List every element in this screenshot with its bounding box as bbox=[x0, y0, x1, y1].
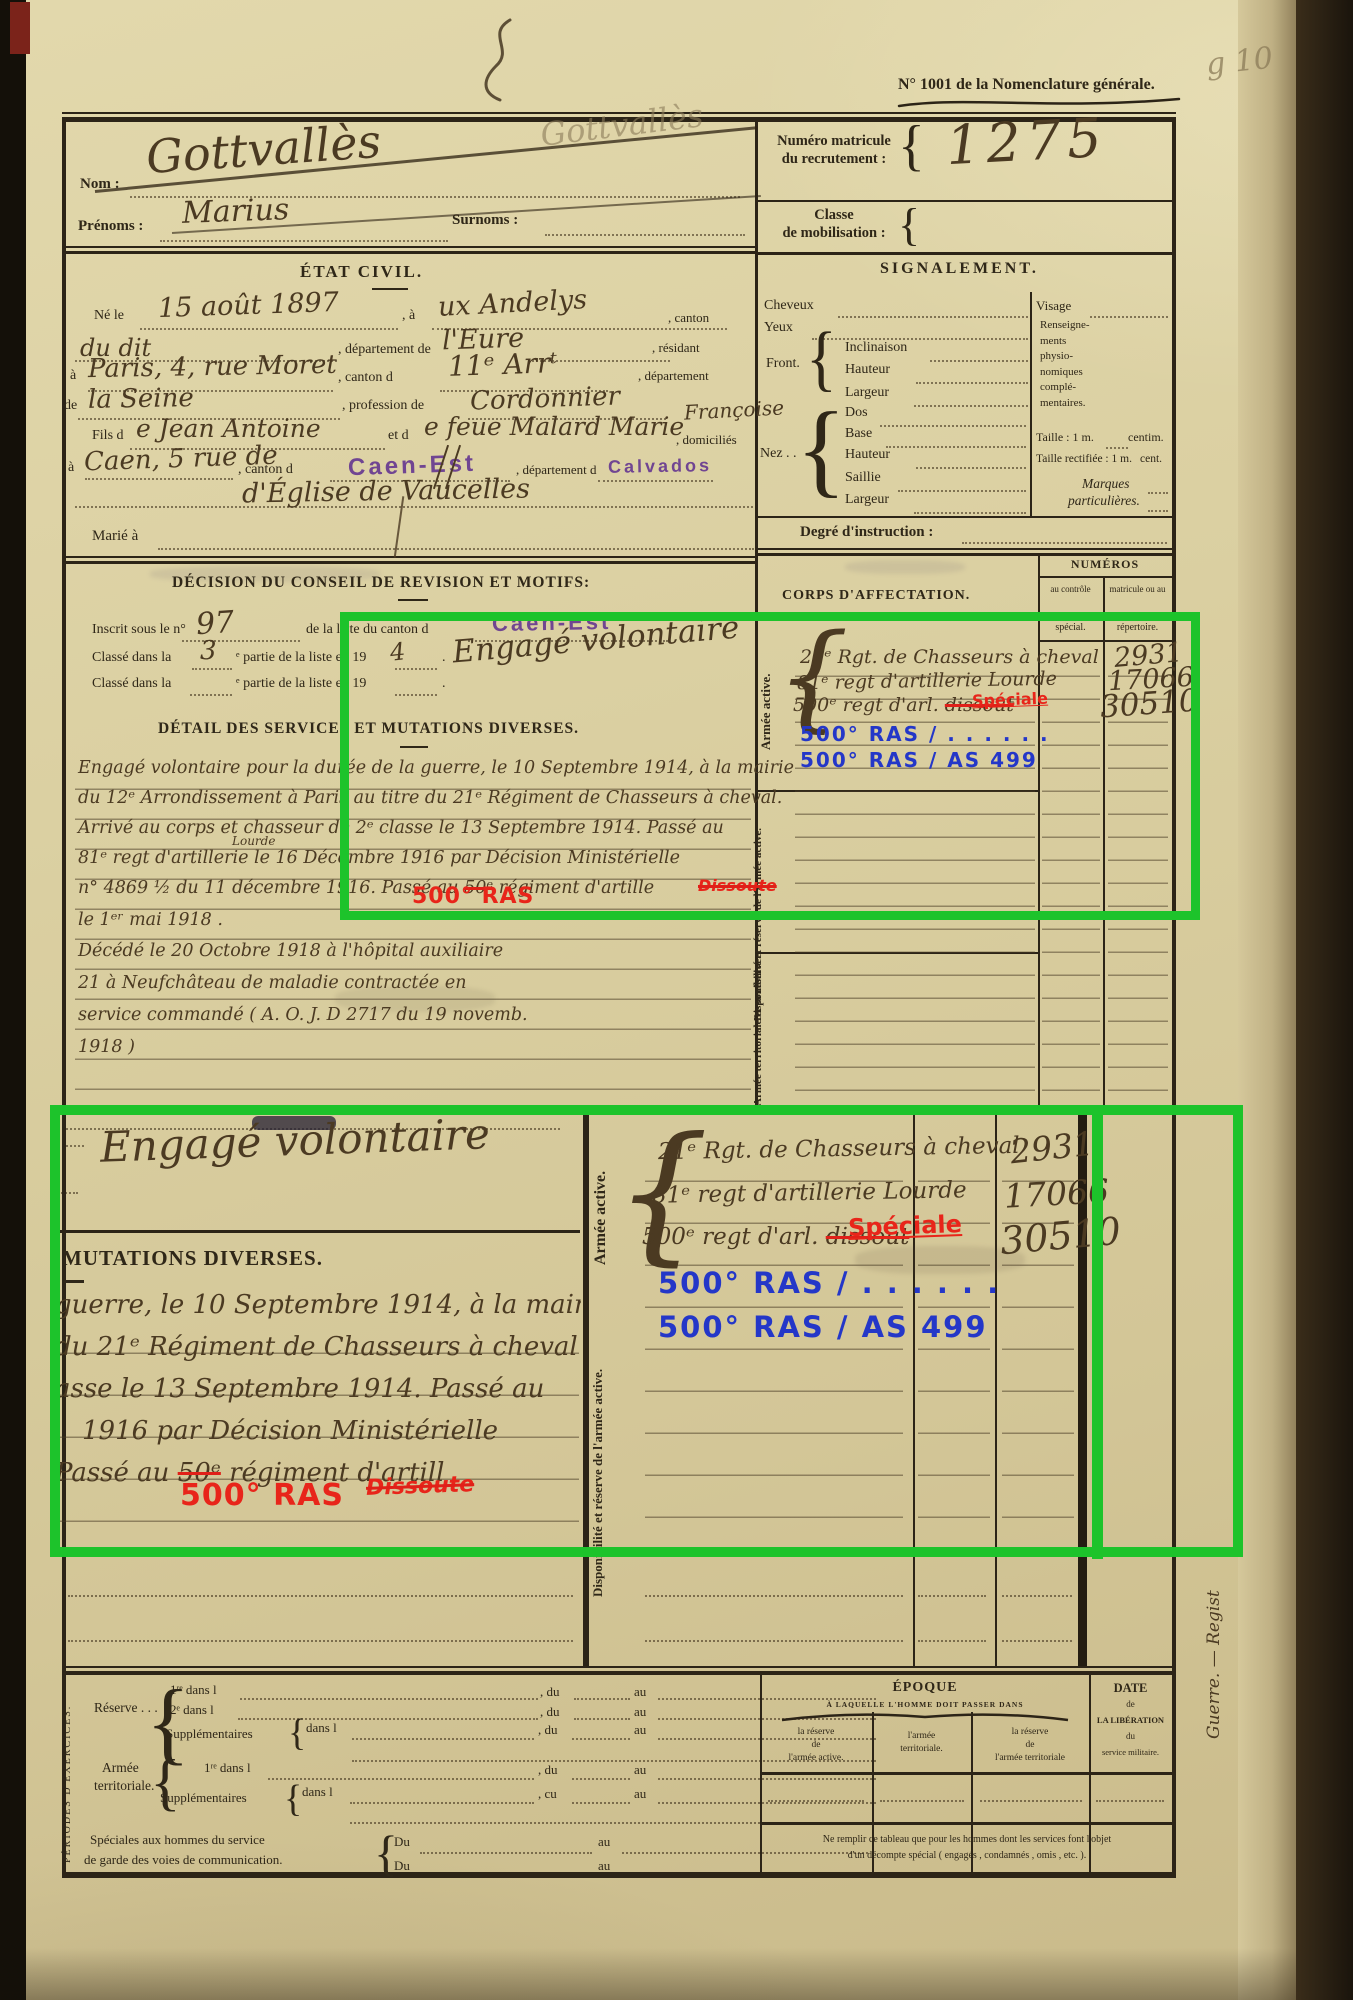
ink-ghost bbox=[845, 560, 965, 574]
classe-label-line2: de mobilisation : bbox=[766, 224, 902, 242]
reserve-row1-label: 1ʳᵉ dans l bbox=[170, 1682, 217, 1698]
canton-margin-label: , canton bbox=[668, 310, 709, 326]
taille-rectifiee-label: Taille rectifiée : 1 m. bbox=[1036, 453, 1132, 465]
calvados-stamp: Calvados bbox=[608, 455, 712, 478]
epoque-col2-header: l'arméeterritoriale. bbox=[872, 1730, 971, 1756]
nez-item-base: Base bbox=[845, 426, 872, 442]
dissoute-struck-word-zoom: Dissoute bbox=[366, 1472, 475, 1501]
detail-line: du 12ᵉ Arrondissement à Paris au titre d… bbox=[78, 788, 782, 808]
rule-dotted-line bbox=[140, 328, 398, 330]
front-item-inclinaison: Inclinaison bbox=[845, 340, 907, 356]
mother-name2-handwritten: Françoise bbox=[683, 395, 784, 424]
detail-line: Engagé volontaire pour la durée de la gu… bbox=[78, 758, 794, 778]
point-label: . bbox=[442, 676, 446, 692]
green-line-enlarged-border bbox=[1092, 1113, 1103, 1559]
pen-flourish-icon bbox=[466, 16, 536, 106]
scan-left-edge bbox=[0, 0, 26, 2000]
nomenclature-header: N° 1001 de la Nomenclature générale. bbox=[898, 76, 1155, 94]
date-line: LA LIBÉRATION bbox=[1089, 1712, 1172, 1728]
taille-unit-label: centim. bbox=[1128, 430, 1164, 445]
rule-dotted-line bbox=[545, 234, 745, 236]
taille-rect-unit-label: cent. bbox=[1140, 453, 1162, 465]
rule-dotted-line bbox=[1148, 492, 1168, 494]
ruled-lines-area bbox=[1042, 654, 1100, 1102]
classe-label: Classede mobilisation : bbox=[766, 206, 902, 242]
date-line: DATE bbox=[1089, 1680, 1172, 1696]
de-label: de bbox=[64, 398, 77, 414]
rule-solid-line bbox=[1172, 117, 1176, 1877]
reserve-row2-label: 2ᵉ dans l bbox=[170, 1702, 214, 1718]
blue-annotation-ras-1: 500° RAS / . . . . . . bbox=[800, 722, 1050, 746]
epoque-col1-header: la réservedel'armée active. bbox=[760, 1726, 872, 1765]
a2-label: à bbox=[70, 368, 76, 384]
scanned-military-register-page: N° 1001 de la Nomenclature générale. g 1… bbox=[0, 0, 1353, 2000]
dans-l-label: dans l bbox=[306, 1720, 337, 1736]
epoque-note-line2: d'un décompte spécial ( engagés , condam… bbox=[766, 1850, 1168, 1861]
rule-solid-line bbox=[1030, 292, 1032, 518]
liste-canton-label: de la liste du canton d bbox=[306, 622, 428, 638]
epoque-col1-line: l'armée active. bbox=[760, 1752, 872, 1765]
rule-solid-line bbox=[1038, 553, 1040, 1107]
rule-dotted-line bbox=[238, 1718, 538, 1720]
corps-affectation-header: CORPS D'AFFECTATION. bbox=[782, 588, 970, 604]
date-line: service militaire. bbox=[1089, 1744, 1172, 1760]
rule-dotted-line bbox=[598, 480, 713, 482]
epoque-col3-line: l'armée territoriale bbox=[971, 1752, 1089, 1765]
au-label: au bbox=[634, 1704, 646, 1720]
renseignements-block: Renseigne-mentsphysio-nomiquescomplé-men… bbox=[1040, 318, 1089, 411]
au-label: au bbox=[634, 1722, 646, 1738]
etat-civil-title: ÉTAT CIVIL. bbox=[300, 262, 423, 282]
zoom-line-wrap: du 21ᵉ Régiment de Chasseurs à cheval bbox=[55, 1332, 581, 1372]
zoom-engage-handwritten: Engagé volontaire bbox=[99, 1109, 490, 1172]
brace-glyph: { bbox=[898, 202, 920, 248]
zoom-line: asse le 13 Septembre 1914. Passé au bbox=[55, 1374, 544, 1404]
et-de-label: et d bbox=[388, 428, 409, 444]
rule-solid-line bbox=[1103, 577, 1105, 1107]
rule-solid-line bbox=[62, 1671, 1176, 1675]
rule-dotted-line bbox=[574, 1698, 630, 1700]
corps-row1-name: 21ᵉ Rgt. de Chasseurs à cheval bbox=[800, 646, 1099, 668]
epoque-overbrace bbox=[780, 1710, 1070, 1722]
taille-label: Taille : 1 m. bbox=[1036, 430, 1094, 445]
rule-dotted-line bbox=[420, 1852, 592, 1854]
rule-dotted-line bbox=[645, 1595, 903, 1597]
du-label: , du bbox=[538, 1722, 558, 1738]
rule-dotted-line bbox=[658, 1802, 876, 1804]
rule-dotted-line bbox=[160, 240, 448, 242]
epoque-note-line1: Ne remplir ce tableau que pour les homme… bbox=[766, 1834, 1168, 1845]
nez-item-dos: Dos bbox=[845, 405, 868, 421]
rule-solid-line bbox=[760, 1772, 1172, 1775]
rule-dotted-line bbox=[574, 1718, 630, 1720]
epoque-col3-header: la réser­vedel'armée territoriale bbox=[971, 1726, 1089, 1765]
rule-solid-line bbox=[64, 561, 755, 564]
detail-insert-lourde: Lourde bbox=[232, 834, 275, 848]
cheveux-label: Cheveux bbox=[764, 298, 814, 314]
nez-item-saillie: Saillie bbox=[845, 470, 881, 486]
zoom-line: 1916 par Décision Ministérielle bbox=[82, 1416, 498, 1446]
epoque-title: ÉPOQUE bbox=[760, 1680, 1090, 1696]
front-item-hauteur: Hauteur bbox=[845, 362, 890, 378]
epoque-col1-line: de bbox=[760, 1739, 872, 1752]
brace-glyph: { bbox=[898, 118, 925, 174]
rule-dotted-line bbox=[268, 1778, 534, 1780]
matricule-number-handwritten: 1275 bbox=[944, 106, 1109, 177]
detail-line: n° 4869 ½ du 11 décembre 1916. Passé au … bbox=[78, 878, 654, 898]
rule-solid-line bbox=[758, 548, 1172, 550]
rule-dotted-line bbox=[914, 405, 1028, 407]
rule-dotted-line bbox=[190, 694, 232, 696]
nez-item-hauteur: Hauteur bbox=[845, 447, 890, 463]
rule-dotted-line bbox=[68, 1640, 573, 1642]
departement-margin-label: , département bbox=[638, 368, 709, 384]
title-dash bbox=[372, 288, 408, 290]
title-dash bbox=[64, 1280, 84, 1283]
brace-glyph: { bbox=[806, 321, 837, 395]
zoom-line: du 21ᵉ Régiment de Chasseurs à cheval bbox=[55, 1332, 578, 1362]
supplementaires-label: Supplémentaires bbox=[166, 1726, 253, 1742]
nez-label: Nez . . bbox=[760, 446, 797, 462]
rule-dotted-line bbox=[395, 668, 437, 670]
marques-label2: particulières. bbox=[1068, 493, 1140, 509]
matricule-label-line1: Numéro matricule bbox=[766, 132, 902, 150]
epoque-col2-line: territoriale. bbox=[872, 1743, 971, 1756]
rule-solid-line bbox=[64, 246, 755, 248]
profession-label: , profession de bbox=[342, 398, 424, 414]
birthplace-handwritten: ux Andelys bbox=[437, 284, 588, 323]
ne-le-label: Né le bbox=[94, 308, 124, 324]
numeros-col2-l1: matricule ou au bbox=[1103, 584, 1172, 594]
fils-de-label: Fils d bbox=[92, 428, 124, 444]
signalement-title: SIGNALEMENT. bbox=[880, 260, 1039, 278]
rule-dotted-line bbox=[240, 1698, 538, 1700]
scan-left-red-mark bbox=[10, 2, 30, 54]
armee-territoriale-vertical-label: Armée territoriale et sa réserve. bbox=[752, 956, 778, 1106]
detail-line: 1918 ) bbox=[78, 1037, 135, 1057]
detail-line: 21 à Neufchâteau de maladie contractée e… bbox=[78, 973, 466, 993]
rule-dotted-line bbox=[572, 1802, 630, 1804]
armee-label: Armée bbox=[102, 1760, 139, 1776]
brace-glyph: { bbox=[288, 1714, 306, 1752]
rule-solid-line bbox=[758, 200, 1172, 202]
rens-line: complé- bbox=[1040, 380, 1089, 396]
decision-title: DÉCISION DU CONSEIL DE REVISION ET MOTIF… bbox=[172, 574, 590, 592]
au-label: au bbox=[634, 1762, 646, 1778]
numeros-col2-l2: répertoire. bbox=[1103, 622, 1172, 633]
rens-line: nomiques bbox=[1040, 365, 1089, 381]
visage-label: Visage bbox=[1036, 298, 1071, 314]
du-label: , du bbox=[538, 1762, 558, 1778]
mother-handwritten: e feue Malard Marie bbox=[424, 412, 684, 441]
rule-solid-line bbox=[583, 1105, 589, 1667]
rule-dotted-line bbox=[886, 446, 1026, 448]
zoom-disponibilite-vertical: Disponibilité et réserve de l'armée acti… bbox=[590, 1318, 618, 1648]
zoom-line: guerre, le 10 Septembre 1914, à la mairi bbox=[55, 1290, 581, 1320]
front-label: Front. bbox=[766, 356, 800, 372]
detail-line: Arrivé au corps et chasseur de 2ᵉ classe… bbox=[78, 818, 724, 838]
rule-dotted-line bbox=[85, 478, 233, 480]
detail-line: Décédé le 20 Octobre 1918 à l'hôpital au… bbox=[78, 941, 503, 961]
rule-dotted-line bbox=[768, 1800, 864, 1802]
rule-dotted-line bbox=[930, 360, 1028, 362]
corner-note-handwritten: g 10 bbox=[1204, 41, 1274, 83]
rule-solid-line bbox=[62, 1872, 1176, 1878]
rule-dotted-line bbox=[158, 548, 754, 550]
caen-est-stamp-2: Caen-Est bbox=[492, 609, 612, 637]
rule-dotted-line bbox=[916, 467, 1026, 469]
epoque-col3-line: la réser­ve bbox=[971, 1726, 1089, 1739]
du-label: , du bbox=[540, 1704, 560, 1720]
au-label: au bbox=[634, 1684, 646, 1700]
rule-dotted-line bbox=[962, 542, 1167, 544]
rule-dotted-line bbox=[572, 1738, 630, 1740]
a-label: , à bbox=[402, 308, 415, 324]
periodes-exercices-vertical: PÉRIODES D'EXERCICES. bbox=[62, 1698, 84, 1870]
epoque-subtitle: À LAQUELLE L'HOMME DOIT PASSER DANS bbox=[760, 1700, 1090, 1709]
marie-a-label: Marié à bbox=[92, 528, 138, 545]
marques-label: Marques bbox=[1082, 476, 1130, 492]
rule-dotted-line bbox=[58, 1192, 78, 1194]
rule-dotted-line bbox=[980, 1800, 1082, 1802]
zoom-row3-name-text: 500ᵉ regt d'arl. bbox=[642, 1224, 818, 1250]
rule-solid-line bbox=[64, 556, 755, 558]
corps-row3-number: 30510 bbox=[1099, 683, 1200, 726]
brace-glyph: { bbox=[284, 1780, 302, 1818]
classe1-num-handwritten: 3 bbox=[200, 636, 217, 666]
rule-dotted-line bbox=[395, 694, 437, 696]
zoom-line-wrap: asse le 13 Septembre 1914. Passé au bbox=[55, 1374, 581, 1414]
supplementaires2-label: Supplémentaires bbox=[160, 1790, 247, 1806]
classe1-suite-label: ᵉ partie de la liste en 19 bbox=[236, 650, 366, 666]
epoque-col3-line: de bbox=[971, 1739, 1089, 1752]
classe1-label: Classé dans la bbox=[92, 650, 171, 666]
blue-annotation-ras-1-zoom: 500° RAS / . . . . . . bbox=[658, 1266, 1000, 1300]
rule-dotted-line bbox=[1096, 1800, 1164, 1802]
rule-dotted-line bbox=[350, 1802, 534, 1804]
guerre-margin-vertical-text: Guerre. — Regist bbox=[1204, 1552, 1234, 1777]
bottom-shadow bbox=[26, 1948, 1296, 2000]
rule-dotted-line bbox=[1002, 1595, 1072, 1597]
title-dash bbox=[400, 746, 428, 748]
father-handwritten: e Jean Antoine bbox=[136, 414, 321, 443]
au-label: au bbox=[598, 1858, 610, 1874]
a3-label: à bbox=[68, 460, 74, 476]
rule-solid-line bbox=[1038, 576, 1172, 578]
rule-dotted-line bbox=[880, 1800, 964, 1802]
rule-dotted-line bbox=[572, 1778, 630, 1780]
seine-handwritten: la Seine bbox=[88, 383, 194, 415]
canton-d-label: , canton d bbox=[338, 370, 393, 386]
rule-solid-line bbox=[62, 117, 66, 1877]
red-annotation-500ras-upper: 500° RAS bbox=[412, 884, 534, 909]
residant-margin-label: , résidant bbox=[652, 340, 700, 356]
rens-line: ments bbox=[1040, 334, 1089, 350]
blue-annotation-ras-2: 500° RAS / AS 499 bbox=[800, 748, 1038, 772]
rule-dotted-line bbox=[68, 1595, 573, 1597]
rule-dotted-line bbox=[918, 1640, 986, 1642]
rule-solid-line bbox=[58, 1230, 580, 1233]
degre-instruction-label: Degré d'instruction : bbox=[800, 524, 933, 541]
red-annotation-500ras-zoom: 500° RAS bbox=[180, 1478, 344, 1513]
birthdate-handwritten: 15 août 1897 bbox=[158, 287, 340, 324]
rule-solid-line bbox=[758, 252, 1172, 255]
dissoute-struck-word: Dissoute bbox=[698, 876, 777, 895]
front-item-largeur: Largeur bbox=[845, 385, 889, 401]
rens-line: Renseigne- bbox=[1040, 318, 1089, 334]
yeux-label: Yeux bbox=[764, 320, 793, 336]
inscrit-label: Inscrit sous le n° bbox=[92, 622, 186, 638]
rule-solid-line bbox=[64, 251, 755, 254]
zoom-z5a: Passé au bbox=[55, 1458, 178, 1488]
rule-dotted-line bbox=[658, 1778, 876, 1780]
scan-right-edge bbox=[1296, 0, 1353, 2000]
rens-line: physio- bbox=[1040, 349, 1089, 365]
detail-services-title: DÉTAIL DES SERVICES ET MUTATIONS DIVERSE… bbox=[158, 720, 579, 738]
du-label: Du bbox=[394, 1834, 410, 1850]
numeros-col1-l1: au contrôle bbox=[1038, 584, 1103, 594]
reserve-label: Réserve . . . bbox=[94, 1700, 158, 1716]
zoom-line-wrap: guerre, le 10 Septembre 1914, à la mairi bbox=[55, 1290, 581, 1330]
epoque-col2-line: l'armée bbox=[872, 1730, 971, 1743]
rule-solid-line bbox=[62, 1666, 1176, 1668]
address-handwritten: Paris, 4, rue Moret bbox=[88, 350, 337, 384]
prenoms-label: Prénoms : bbox=[78, 218, 143, 235]
zoom-line-wrap: 1916 par Décision Ministérielle bbox=[82, 1416, 582, 1456]
departement-de-label: , département de bbox=[338, 342, 431, 358]
rule-dotted-line bbox=[914, 512, 1026, 514]
rens-line: mentaires. bbox=[1040, 396, 1089, 412]
du-label: , du bbox=[540, 1684, 560, 1700]
nez-item-largeur: Largeur bbox=[845, 492, 889, 508]
speciale-annotation-zoom: Spéciale bbox=[848, 1210, 963, 1242]
rule-dotted-line bbox=[916, 382, 1028, 384]
du-label: Du bbox=[394, 1858, 410, 1874]
cu-label: , cu bbox=[538, 1786, 557, 1802]
point-label: . bbox=[442, 650, 446, 666]
classe2-suite-label: ᵉ partie de la liste en 19 bbox=[236, 676, 366, 692]
rule-dotted-line bbox=[192, 668, 232, 670]
detail-line: service commandé ( A. O. J. D 2717 du 19… bbox=[78, 1005, 528, 1025]
numeros-col1-l2: spécial. bbox=[1038, 622, 1103, 633]
rule-dotted-line bbox=[918, 1595, 986, 1597]
rule-dotted-line bbox=[880, 425, 1026, 427]
au-label: au bbox=[634, 1786, 646, 1802]
canton-handwritten: 11ᵉ Arrᵗ bbox=[447, 346, 557, 383]
rule-solid-line bbox=[995, 1105, 997, 1667]
classe1-an-handwritten: 4 bbox=[389, 637, 407, 666]
rule-solid-line bbox=[758, 516, 1172, 518]
matricule-label-line2: du recrutement : bbox=[766, 150, 902, 168]
matricule-label: Numéro matriculedu recrutement : bbox=[766, 132, 902, 168]
domicilies-label: , domiciliés bbox=[676, 432, 737, 448]
rule-dotted-line bbox=[838, 316, 1028, 318]
rule-dotted-line bbox=[352, 1738, 534, 1740]
speciale-annotation: Spéciale bbox=[972, 689, 1049, 711]
rule-dotted-line bbox=[1106, 447, 1128, 449]
zoom-mutations-heading: MUTATIONS DIVERSES. bbox=[62, 1246, 323, 1271]
rule-solid-line bbox=[758, 553, 1172, 556]
brace-glyph: { bbox=[796, 396, 846, 501]
corps-row3-name-text: 500ᵉ regt d'arl. bbox=[793, 694, 939, 716]
zoom-row3-number: 30510 bbox=[998, 1209, 1122, 1263]
speciales-label-1: Spéciales aux hommes du service bbox=[90, 1832, 265, 1848]
rule-dotted-line bbox=[898, 490, 1026, 492]
speciales-label-2: de garde des voies de communication. bbox=[84, 1852, 283, 1868]
date-line: de bbox=[1089, 1696, 1172, 1712]
rule-dotted-line bbox=[1148, 510, 1168, 512]
rule-solid-line bbox=[760, 1822, 1172, 1825]
page-curl-right bbox=[1238, 0, 1300, 2000]
zoom-row2-name: 81ᵉ regt d'artillerie Lourde bbox=[652, 1177, 967, 1208]
dans-l-label: dans l bbox=[302, 1784, 333, 1800]
rule-dotted-line bbox=[1002, 1640, 1072, 1642]
date-line: du bbox=[1089, 1728, 1172, 1744]
detail-line: 81ᵉ regt d'artillerie le 16 Décembre 191… bbox=[78, 848, 680, 868]
au-label: au bbox=[598, 1834, 610, 1850]
epoque-col1-line: la réserve bbox=[760, 1726, 872, 1739]
detail-line: le 1ᵉʳ mai 1918 . bbox=[78, 910, 223, 930]
rule-dotted-line bbox=[1090, 316, 1168, 318]
territoriale-row1-label: 1ʳᵉ dans l bbox=[204, 1760, 251, 1776]
classe-label-line1: Classe bbox=[766, 206, 902, 224]
blue-annotation-ras-2-zoom: 500° RAS / AS 499 bbox=[658, 1310, 988, 1344]
detail-l5a: n° 4869 ½ du 11 décembre 1916. Passé au bbox=[78, 878, 464, 898]
title-dash bbox=[398, 599, 428, 601]
rule-dotted-line bbox=[645, 1640, 903, 1642]
numeros-header: NUMÉROS bbox=[1038, 557, 1172, 572]
classe2-label: Classé dans la bbox=[92, 676, 171, 692]
date-liberation-header: DATEdeLA LIBÉRATIONduservice militaire. bbox=[1089, 1680, 1172, 1760]
territoriale-label: territoriale. bbox=[94, 1778, 154, 1794]
